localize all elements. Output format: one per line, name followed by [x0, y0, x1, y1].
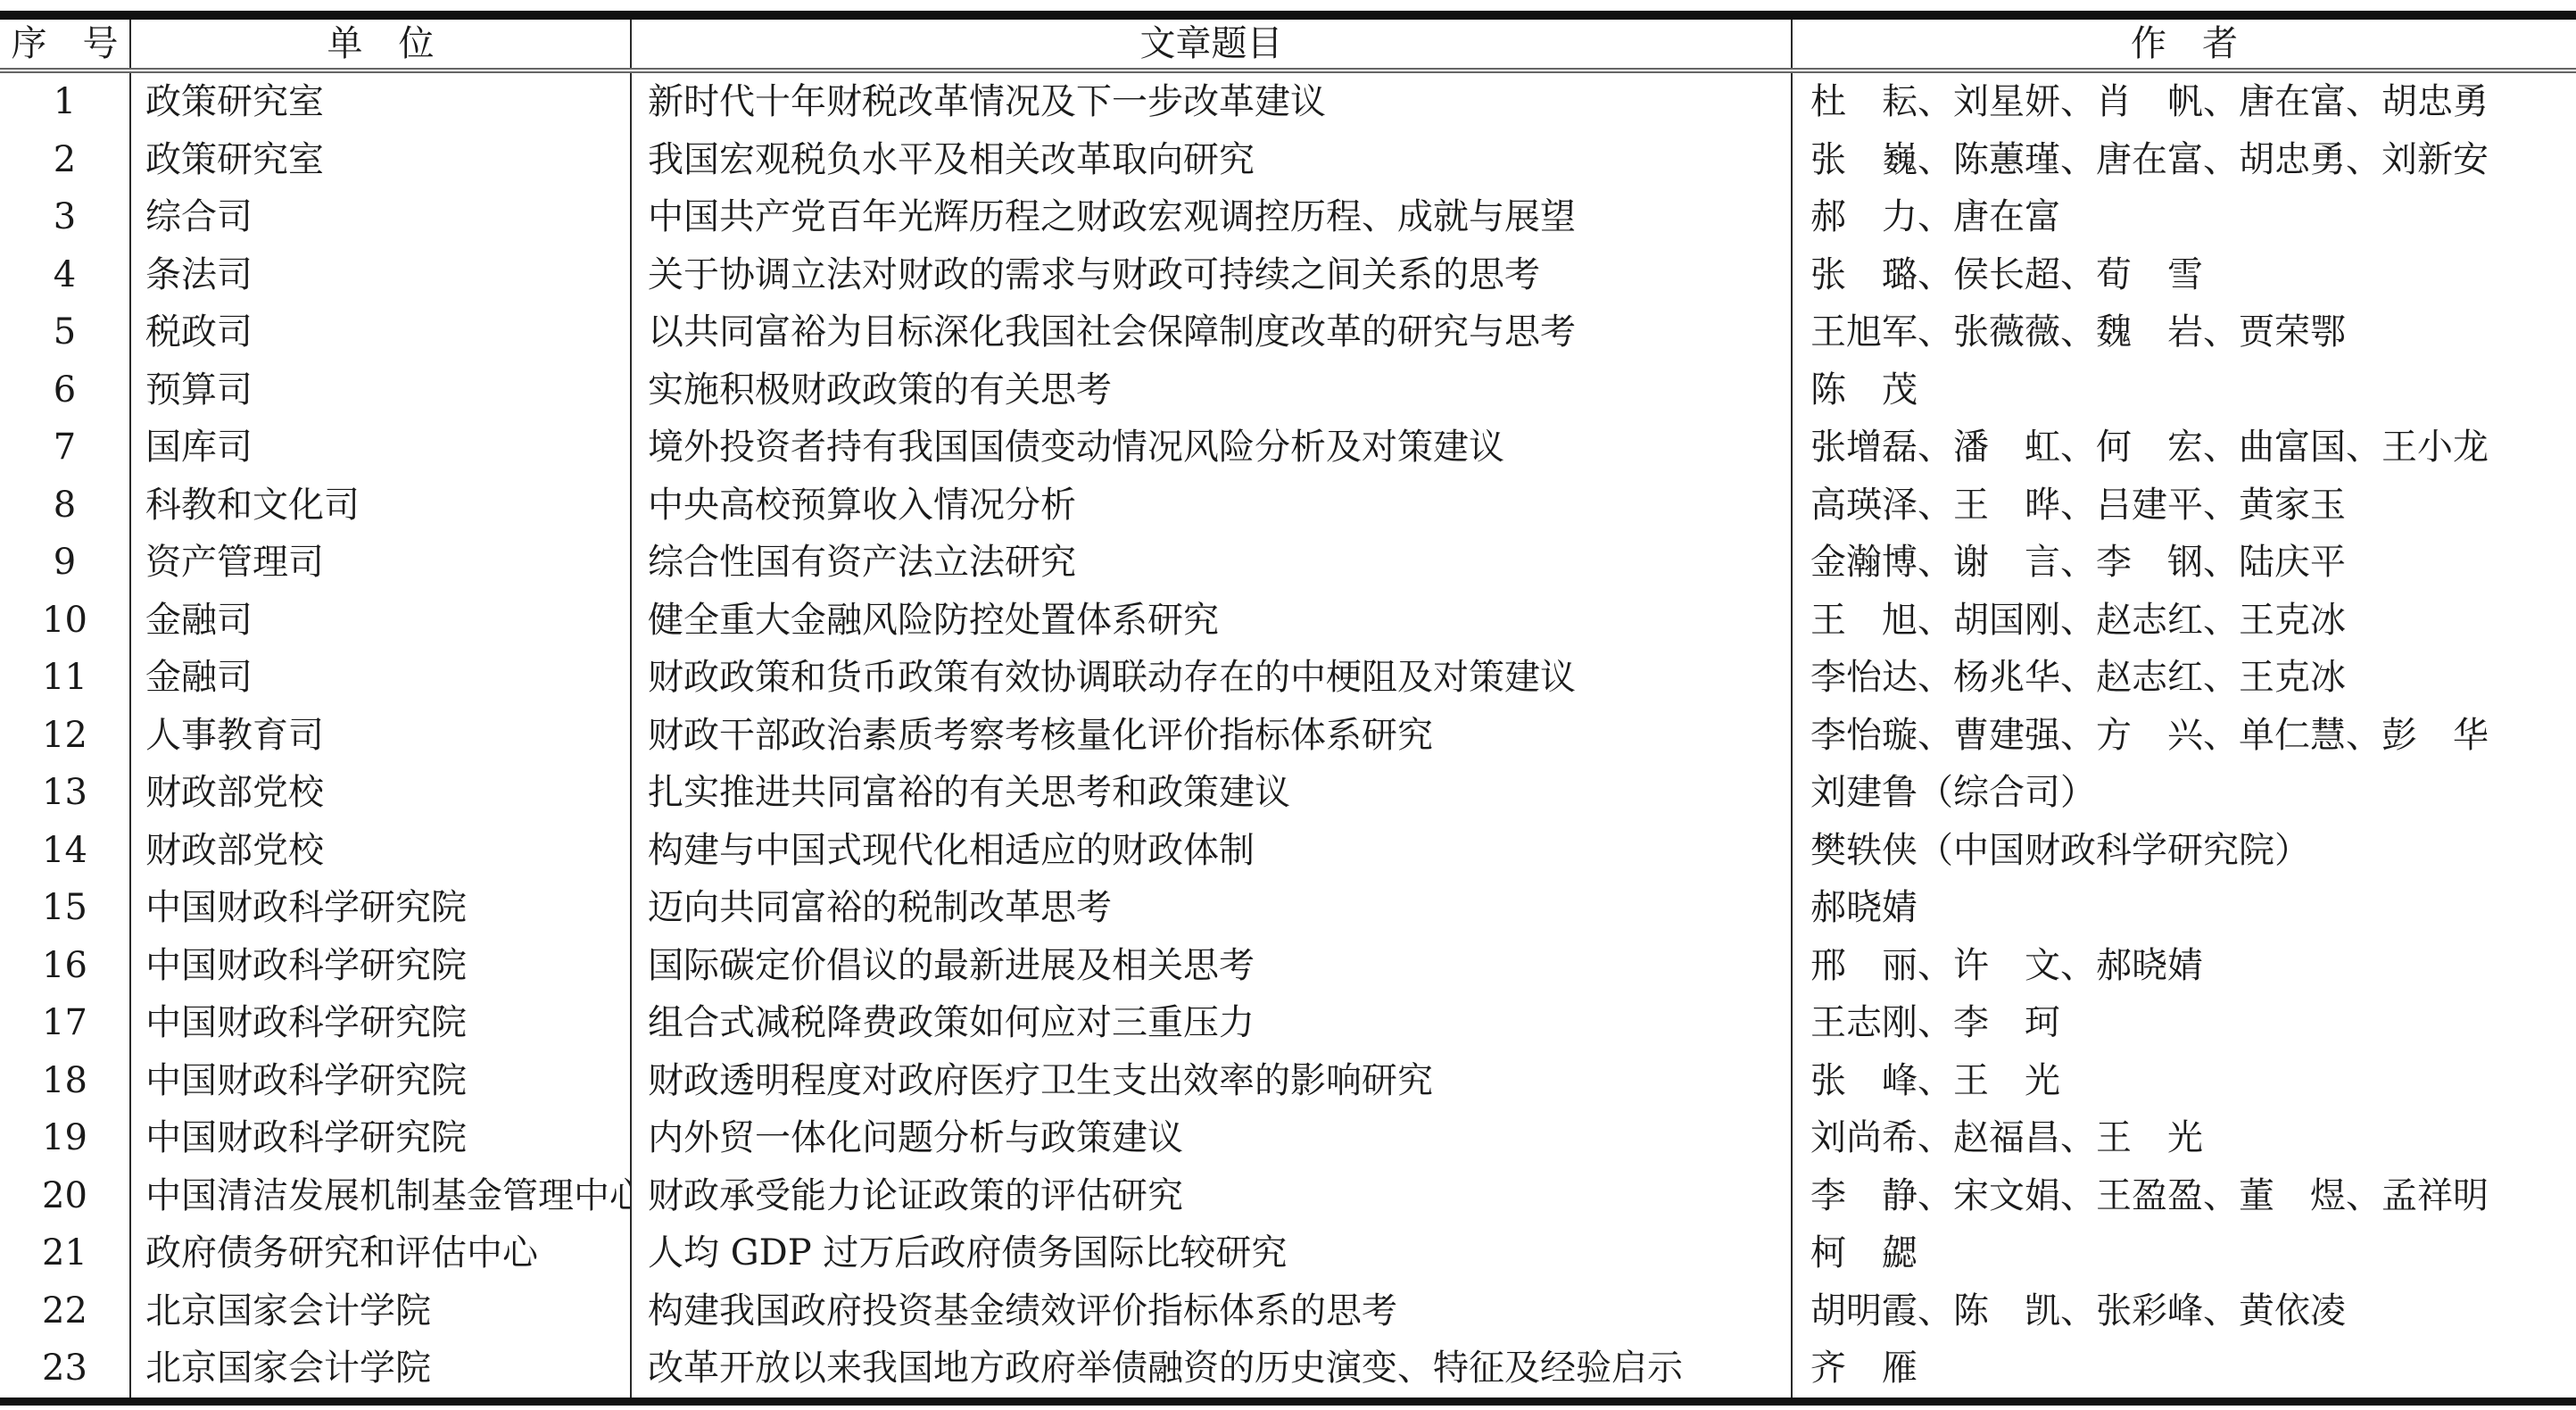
cell-unit: 政策研究室: [130, 70, 631, 131]
cell-unit: 北京国家会计学院: [130, 1339, 631, 1401]
table-row: 20中国清洁发展机制基金管理中心财政承受能力论证政策的评估研究李 静、宋文娟、王…: [0, 1167, 2576, 1225]
cell-title: 境外投资者持有我国国债变动情况风险分析及对策建议: [631, 419, 1792, 477]
cell-title: 财政透明程度对政府医疗卫生支出效率的影响研究: [631, 1052, 1792, 1110]
cell-title: 实施积极财政政策的有关思考: [631, 361, 1792, 419]
cell-title: 构建与中国式现代化相适应的财政体制: [631, 822, 1792, 880]
cell-author: 王 旭、胡国刚、赵志红、王克冰: [1792, 592, 2576, 650]
cell-no: 14: [0, 822, 130, 880]
cell-no: 13: [0, 764, 130, 822]
cell-unit: 综合司: [130, 188, 631, 246]
cell-author: 刘建鲁（综合司）: [1792, 764, 2576, 822]
cell-title: 新时代十年财税改革情况及下一步改革建议: [631, 70, 1792, 131]
cell-title: 内外贸一体化问题分析与政策建议: [631, 1109, 1792, 1167]
cell-author: 李怡璇、曹建强、方 兴、单仁慧、彭 华: [1792, 707, 2576, 765]
table-row: 4条法司关于协调立法对财政的需求与财政可持续之间关系的思考张 璐、侯长超、荀 雪: [0, 246, 2576, 304]
cell-title: 国际碳定价倡议的最新进展及相关思考: [631, 937, 1792, 995]
cell-unit: 政策研究室: [130, 131, 631, 189]
cell-author: 王旭军、张薇薇、魏 岩、贾荣鄂: [1792, 303, 2576, 361]
table-row: 8科教和文化司中央高校预算收入情况分析高瑛泽、王 晔、吕建平、黄家玉: [0, 477, 2576, 535]
col-header-title: 文章题目: [631, 15, 1792, 70]
table-row: 15中国财政科学研究院迈向共同富裕的税制改革思考郝晓婧: [0, 879, 2576, 937]
cell-unit: 政府债务研究和评估中心: [130, 1224, 631, 1282]
cell-author: 柯 勰: [1792, 1224, 2576, 1282]
cell-unit: 北京国家会计学院: [130, 1282, 631, 1340]
cell-unit: 人事教育司: [130, 707, 631, 765]
cell-no: 8: [0, 477, 130, 535]
cell-unit: 条法司: [130, 246, 631, 304]
cell-no: 18: [0, 1052, 130, 1110]
cell-no: 4: [0, 246, 130, 304]
table-row: 1政策研究室新时代十年财税改革情况及下一步改革建议杜 耘、刘星妍、肖 帆、唐在富…: [0, 70, 2576, 131]
cell-title: 人均 GDP 过万后政府债务国际比较研究: [631, 1224, 1792, 1282]
table-row: 22北京国家会计学院构建我国政府投资基金绩效评价指标体系的思考胡明霞、陈 凯、张…: [0, 1282, 2576, 1340]
header-row: 序 号 单 位 文章题目 作 者: [0, 15, 2576, 70]
cell-no: 19: [0, 1109, 130, 1167]
cell-unit: 财政部党校: [130, 822, 631, 880]
cell-unit: 中国清洁发展机制基金管理中心: [130, 1167, 631, 1225]
cell-title: 中国共产党百年光辉历程之财政宏观调控历程、成就与展望: [631, 188, 1792, 246]
cell-title: 组合式减税降费政策如何应对三重压力: [631, 994, 1792, 1052]
cell-unit: 金融司: [130, 592, 631, 650]
table-row: 10金融司健全重大金融风险防控处置体系研究王 旭、胡国刚、赵志红、王克冰: [0, 592, 2576, 650]
cell-author: 李怡达、杨兆华、赵志红、王克冰: [1792, 649, 2576, 707]
cell-unit: 财政部党校: [130, 764, 631, 822]
cell-author: 齐 雁: [1792, 1339, 2576, 1401]
cell-no: 10: [0, 592, 130, 650]
cell-unit: 中国财政科学研究院: [130, 1109, 631, 1167]
cell-unit: 中国财政科学研究院: [130, 937, 631, 995]
cell-no: 17: [0, 994, 130, 1052]
cell-author: 张增磊、潘 虹、何 宏、曲富国、王小龙: [1792, 419, 2576, 477]
articles-table: 序 号 单 位 文章题目 作 者 1政策研究室新时代十年财税改革情况及下一步改革…: [0, 11, 2576, 1406]
cell-unit: 金融司: [130, 649, 631, 707]
table-row: 18中国财政科学研究院财政透明程度对政府医疗卫生支出效率的影响研究张 峰、王 光: [0, 1052, 2576, 1110]
table-row: 19中国财政科学研究院内外贸一体化问题分析与政策建议刘尚希、赵福昌、王 光: [0, 1109, 2576, 1167]
cell-no: 5: [0, 303, 130, 361]
cell-title: 我国宏观税负水平及相关改革取向研究: [631, 131, 1792, 189]
cell-unit: 科教和文化司: [130, 477, 631, 535]
table-header: 序 号 单 位 文章题目 作 者: [0, 15, 2576, 70]
cell-title: 改革开放以来我国地方政府举债融资的历史演变、特征及经验启示: [631, 1339, 1792, 1401]
cell-author: 张 巍、陈蕙瑾、唐在富、胡忠勇、刘新安: [1792, 131, 2576, 189]
cell-unit: 国库司: [130, 419, 631, 477]
col-header-author: 作 者: [1792, 15, 2576, 70]
cell-title: 综合性国有资产法立法研究: [631, 534, 1792, 592]
cell-no: 20: [0, 1167, 130, 1225]
cell-author: 陈 茂: [1792, 361, 2576, 419]
cell-author: 郝晓婧: [1792, 879, 2576, 937]
cell-author: 邢 丽、许 文、郝晓婧: [1792, 937, 2576, 995]
table-row: 17中国财政科学研究院组合式减税降费政策如何应对三重压力王志刚、李 珂: [0, 994, 2576, 1052]
cell-no: 15: [0, 879, 130, 937]
cell-title: 财政承受能力论证政策的评估研究: [631, 1167, 1792, 1225]
cell-no: 12: [0, 707, 130, 765]
cell-author: 郝 力、唐在富: [1792, 188, 2576, 246]
cell-no: 6: [0, 361, 130, 419]
cell-unit: 中国财政科学研究院: [130, 1052, 631, 1110]
cell-unit: 税政司: [130, 303, 631, 361]
cell-title: 财政政策和货币政策有效协调联动存在的中梗阻及对策建议: [631, 649, 1792, 707]
cell-author: 王志刚、李 珂: [1792, 994, 2576, 1052]
table-row: 11金融司财政政策和货币政策有效协调联动存在的中梗阻及对策建议李怡达、杨兆华、赵…: [0, 649, 2576, 707]
col-header-unit: 单 位: [130, 15, 631, 70]
cell-no: 7: [0, 419, 130, 477]
cell-no: 2: [0, 131, 130, 189]
cell-author: 金瀚博、谢 言、李 钢、陆庆平: [1792, 534, 2576, 592]
cell-unit: 资产管理司: [130, 534, 631, 592]
cell-no: 23: [0, 1339, 130, 1401]
table-body: 1政策研究室新时代十年财税改革情况及下一步改革建议杜 耘、刘星妍、肖 帆、唐在富…: [0, 70, 2576, 1401]
cell-unit: 中国财政科学研究院: [130, 879, 631, 937]
cell-unit: 预算司: [130, 361, 631, 419]
table-row: 12人事教育司财政干部政治素质考察考核量化评价指标体系研究李怡璇、曹建强、方 兴…: [0, 707, 2576, 765]
cell-author: 樊轶侠（中国财政科学研究院）: [1792, 822, 2576, 880]
cell-title: 关于协调立法对财政的需求与财政可持续之间关系的思考: [631, 246, 1792, 304]
cell-author: 杜 耘、刘星妍、肖 帆、唐在富、胡忠勇: [1792, 70, 2576, 131]
table-row: 6预算司实施积极财政政策的有关思考陈 茂: [0, 361, 2576, 419]
cell-no: 16: [0, 937, 130, 995]
table-row: 21政府债务研究和评估中心人均 GDP 过万后政府债务国际比较研究柯 勰: [0, 1224, 2576, 1282]
cell-no: 21: [0, 1224, 130, 1282]
table-row: 9资产管理司综合性国有资产法立法研究金瀚博、谢 言、李 钢、陆庆平: [0, 534, 2576, 592]
cell-title: 以共同富裕为目标深化我国社会保障制度改革的研究与思考: [631, 303, 1792, 361]
table-row: 14财政部党校构建与中国式现代化相适应的财政体制樊轶侠（中国财政科学研究院）: [0, 822, 2576, 880]
cell-no: 1: [0, 70, 130, 131]
cell-title: 构建我国政府投资基金绩效评价指标体系的思考: [631, 1282, 1792, 1340]
cell-title: 健全重大金融风险防控处置体系研究: [631, 592, 1792, 650]
cell-author: 高瑛泽、王 晔、吕建平、黄家玉: [1792, 477, 2576, 535]
cell-author: 刘尚希、赵福昌、王 光: [1792, 1109, 2576, 1167]
table-row: 2政策研究室我国宏观税负水平及相关改革取向研究张 巍、陈蕙瑾、唐在富、胡忠勇、刘…: [0, 131, 2576, 189]
cell-author: 张 峰、王 光: [1792, 1052, 2576, 1110]
cell-no: 9: [0, 534, 130, 592]
table-row: 23北京国家会计学院改革开放以来我国地方政府举债融资的历史演变、特征及经验启示齐…: [0, 1339, 2576, 1401]
cell-title: 财政干部政治素质考察考核量化评价指标体系研究: [631, 707, 1792, 765]
cell-title: 扎实推进共同富裕的有关思考和政策建议: [631, 764, 1792, 822]
cell-no: 3: [0, 188, 130, 246]
table-row: 13财政部党校扎实推进共同富裕的有关思考和政策建议刘建鲁（综合司）: [0, 764, 2576, 822]
cell-title: 中央高校预算收入情况分析: [631, 477, 1792, 535]
cell-no: 11: [0, 649, 130, 707]
cell-author: 胡明霞、陈 凯、张彩峰、黄依凌: [1792, 1282, 2576, 1340]
table-row: 16中国财政科学研究院国际碳定价倡议的最新进展及相关思考邢 丽、许 文、郝晓婧: [0, 937, 2576, 995]
cell-unit: 中国财政科学研究院: [130, 994, 631, 1052]
cell-author: 李 静、宋文娟、王盈盈、董 煜、孟祥明: [1792, 1167, 2576, 1225]
table-row: 5税政司以共同富裕为目标深化我国社会保障制度改革的研究与思考王旭军、张薇薇、魏 …: [0, 303, 2576, 361]
table-row: 7国库司境外投资者持有我国国债变动情况风险分析及对策建议张增磊、潘 虹、何 宏、…: [0, 419, 2576, 477]
table-row: 3综合司中国共产党百年光辉历程之财政宏观调控历程、成就与展望郝 力、唐在富: [0, 188, 2576, 246]
document-page: 序 号 单 位 文章题目 作 者 1政策研究室新时代十年财税改革情况及下一步改革…: [0, 0, 2576, 1410]
cell-no: 22: [0, 1282, 130, 1340]
cell-title: 迈向共同富裕的税制改革思考: [631, 879, 1792, 937]
col-header-no: 序 号: [0, 15, 130, 70]
cell-author: 张 璐、侯长超、荀 雪: [1792, 246, 2576, 304]
